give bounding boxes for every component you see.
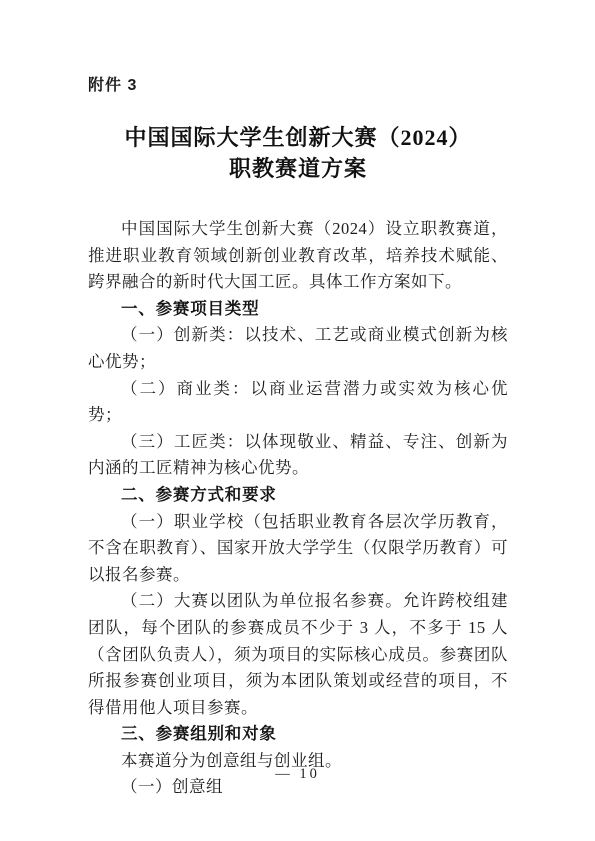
attachment-label: 附件 3 [88, 72, 508, 95]
paragraph: （三）工匠类：以体现敬业、精益、专注、创新为内涵的工匠精神为核心优势。 [88, 429, 508, 482]
page-number: — 10 [0, 766, 595, 783]
document-body: 中国国际大学生创新大赛（2024）设立职教赛道，推进职业教育领域创新创业教育改革… [88, 216, 508, 801]
document-page: 附件 3 中国国际大学生创新大赛（2024） 职教赛道方案 中国国际大学生创新大… [0, 0, 595, 841]
document-title-line1: 中国国际大学生创新大赛（2024） [88, 122, 508, 153]
document-title: 中国国际大学生创新大赛（2024） 职教赛道方案 [88, 122, 508, 184]
paragraph: （二）大赛以团队为单位报名参赛。允许跨校组建团队，每个团队的参赛成员不少于 3 … [88, 588, 508, 721]
section-heading-1: 一、参赛项目类型 [88, 296, 508, 323]
paragraph: （一）创新类：以技术、工艺或商业模式创新为核心优势； [88, 322, 508, 375]
paragraph: （一）职业学校（包括职业教育各层次学历教育，不含在职教育）、国家开放大学学生（仅… [88, 509, 508, 589]
paragraph: （二）商业类：以商业运营潜力或实效为核心优势； [88, 376, 508, 429]
section-heading-3: 三、参赛组别和对象 [88, 721, 508, 748]
document-title-line2: 职教赛道方案 [88, 153, 508, 184]
document-content: 附件 3 中国国际大学生创新大赛（2024） 职教赛道方案 中国国际大学生创新大… [88, 72, 508, 801]
intro-paragraph: 中国国际大学生创新大赛（2024）设立职教赛道，推进职业教育领域创新创业教育改革… [88, 216, 508, 296]
section-heading-2: 二、参赛方式和要求 [88, 482, 508, 509]
